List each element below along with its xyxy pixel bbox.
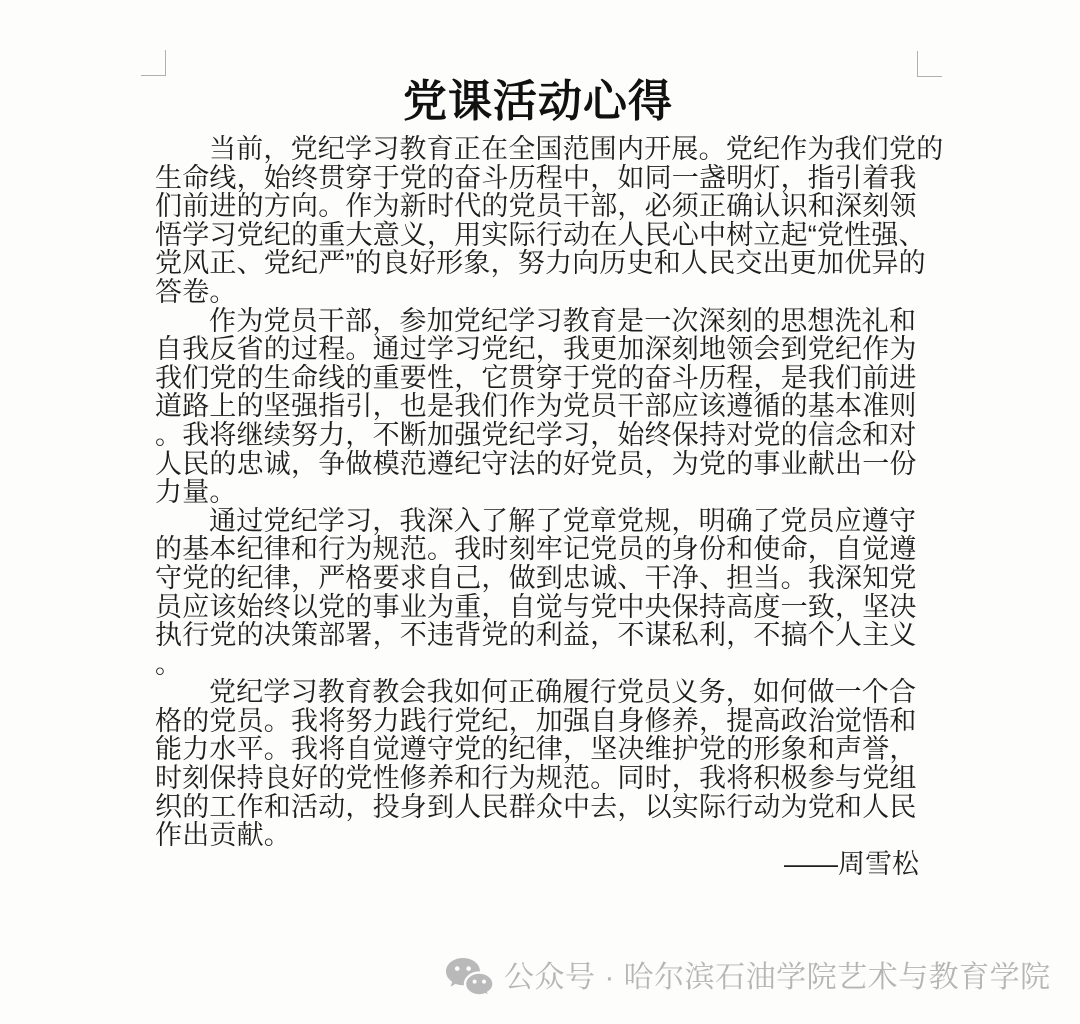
author-signature: ——周雪松 (155, 850, 921, 879)
text-line: 员应该始终以党的事业为重，自觉与党中央保持高度一致，坚决 (155, 593, 921, 622)
text-line: 答卷。 (155, 278, 921, 307)
text-line: 的基本纪律和行为规范。我时刻牢记党员的身份和使命，自觉遵 (155, 535, 921, 564)
text-line: 。 (155, 650, 921, 679)
text-line: 悟学习党纪的重大意义，用实际行动在人民心中树立起“党性强、 (155, 221, 921, 250)
watermark-text: 公众号 · 哈尔滨石油学院艺术与教育学院 (504, 954, 1051, 1002)
text-line: 守党的纪律，严格要求自己，做到忠诚、干净、担当。我深知党 (155, 564, 921, 593)
text-line: 作为党员干部，参加党纪学习教育是一次深刻的思想洗礼和 (155, 307, 921, 336)
text-line: 织的工作和活动，投身到人民群众中去，以实际行动为党和人民 (155, 793, 921, 822)
text-line: 人民的忠诚，争做模范遵纪守法的好党员，为党的事业献出一份 (155, 450, 921, 479)
text-line: 能力水平。我将自觉遵守党的纪律，坚决维护党的形象和声誉， (155, 735, 921, 764)
text-line: 我们党的生命线的重要性，它贯穿于党的奋斗历程，是我们前进 (155, 364, 921, 393)
margin-cropmark-top-right (917, 51, 942, 77)
text-line: 格的党员。我将努力践行党纪，加强自身修养，提高政治觉悟和 (155, 707, 921, 736)
text-line: 党风正、党纪严”的良好形象，努力向历史和人民交出更加优异的 (155, 249, 921, 278)
text-line: 党纪学习教育教会我如何正确履行党员义务，如何做一个合 (155, 678, 921, 707)
text-line: 生命线，始终贯穿于党的奋斗历程中，如同一盏明灯，指引着我 (155, 164, 921, 193)
text-line: 力量。 (155, 478, 921, 507)
text-line: 当前，党纪学习教育正在全国范围内开展。党纪作为我们党的 (155, 135, 921, 164)
text-line: 道路上的坚强指引，也是我们作为党员干部应该遵循的基本准则 (155, 392, 921, 421)
margin-cropmark-top-left (141, 50, 166, 76)
document-body: 当前，党纪学习教育正在全国范围内开展。党纪作为我们党的生命线，始终贯穿于党的奋斗… (155, 135, 921, 850)
page-title: 党课活动心得 (155, 80, 921, 124)
text-line: 。我将继续努力，不断加强党纪学习，始终保持对党的信念和对 (155, 421, 921, 450)
text-line: 作出贡献。 (155, 821, 921, 850)
watermark: 公众号 · 哈尔滨石油学院艺术与教育学院 (443, 954, 1051, 1002)
text-line: 时刻保持良好的党性修养和行为规范。同时，我将积极参与党组 (155, 764, 921, 793)
document-page: 党课活动心得 当前，党纪学习教育正在全国范围内开展。党纪作为我们党的生命线，始终… (0, 0, 1080, 1024)
text-line: 执行党的决策部署，不违背党的利益，不谋私利，不搞个人主义 (155, 621, 921, 650)
text-line: 们前进的方向。作为新时代的党员干部，必须正确认识和深刻领 (155, 192, 921, 221)
document: 党课活动心得 当前，党纪学习教育正在全国范围内开展。党纪作为我们党的生命线，始终… (155, 80, 921, 878)
text-line: 通过党纪学习，我深入了解了党章党规，明确了党员应遵守 (155, 507, 921, 536)
text-line: 自我反省的过程。通过学习党纪，我更加深刻地领会到党纪作为 (155, 335, 921, 364)
wechat-icon (443, 955, 495, 1001)
